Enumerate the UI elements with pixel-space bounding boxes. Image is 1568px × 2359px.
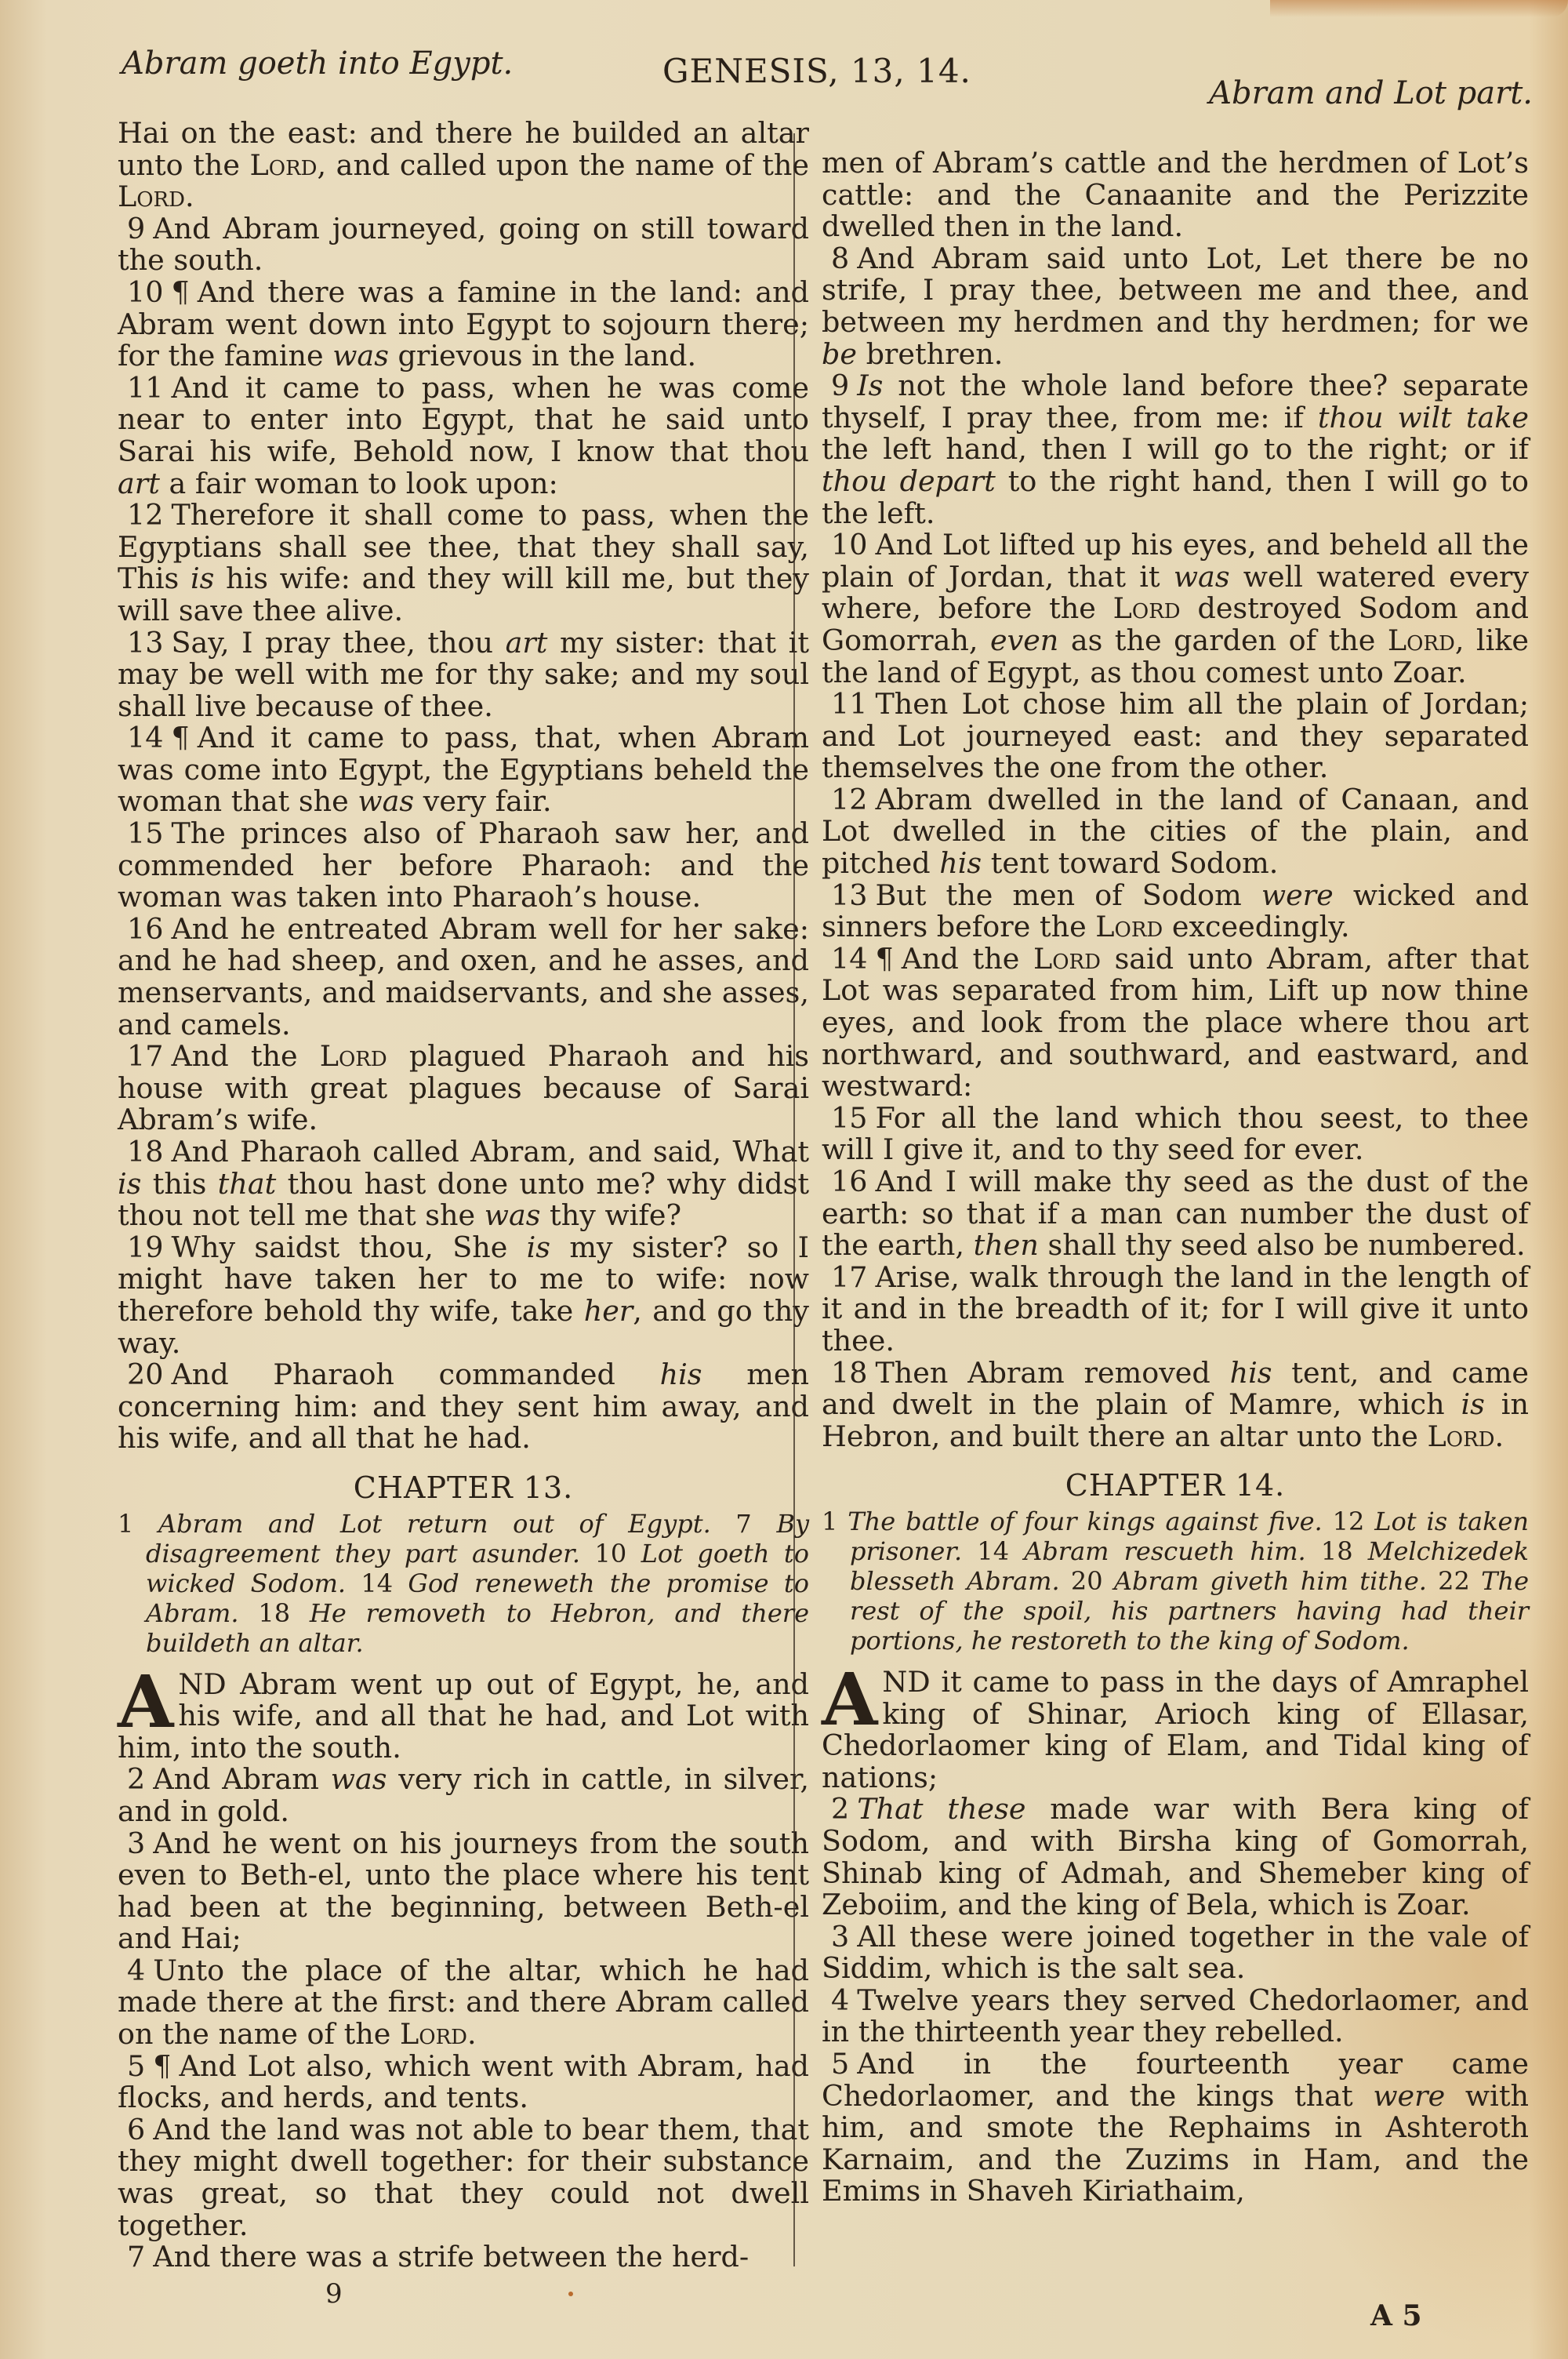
verse-number: 15 <box>127 816 163 850</box>
verse-text: the left hand, then I will go to the rig… <box>822 432 1529 466</box>
italic-supplied-word: were <box>1261 878 1334 912</box>
drop-cap: A <box>822 1670 877 1729</box>
small-caps-lord: Lord <box>1113 591 1181 625</box>
small-caps-lord: Lord <box>1033 942 1101 976</box>
italic-supplied-word: be <box>822 337 857 371</box>
verse: 15The princes also of Pharaoh saw her, a… <box>118 818 809 914</box>
small-caps-lord: Lord <box>1095 910 1163 943</box>
verse-number: 18 <box>127 1135 163 1169</box>
verse: 5And in the fourteenth year came Chedorl… <box>822 2048 1529 2208</box>
verse-text: But the men of Sodom <box>875 878 1261 912</box>
page-number: 9 <box>325 2278 343 2310</box>
verse-number: 9 <box>127 212 145 245</box>
summary-verse-ref: 18 <box>1306 1536 1368 1566</box>
verse-number: 7 <box>127 2240 145 2274</box>
running-head-left: Abram goeth into Egypt. <box>122 45 513 82</box>
verse-number: 2 <box>127 1762 145 1796</box>
column-divider <box>793 133 795 2266</box>
verse-text: grievous in the land. <box>389 339 696 373</box>
verse-text: very fair. <box>414 784 551 818</box>
verse-text: Twelve years they served Chedorlaomer, a… <box>822 1983 1529 2049</box>
italic-supplied-word: is <box>527 1230 550 1264</box>
verse-text: The princes also of Pharaoh saw her, and… <box>118 816 809 914</box>
verse-number: 14 <box>831 942 867 976</box>
verse-text: . <box>467 2017 477 2051</box>
summary-text: Abram giveth him tithe. <box>1114 1566 1427 1596</box>
italic-supplied-word: is <box>1461 1387 1485 1421</box>
verse: 13But the men of Sodom were wicked and s… <box>822 880 1529 943</box>
verse: 5¶And Lot also, which went with Abram, h… <box>118 2051 809 2114</box>
verse-number: 18 <box>831 1356 867 1390</box>
verse-text: For all the land which thou seest, to th… <box>822 1101 1529 1167</box>
chapter-opening-verse: A ND it came to pass in the days of Amra… <box>822 1667 1529 1794</box>
pilcrow-icon: ¶ <box>153 2049 171 2083</box>
verse-text: Say, I pray thee, thou <box>171 626 505 660</box>
verse-number: 8 <box>831 242 849 275</box>
verse-text: exceedingly. <box>1163 910 1349 943</box>
verse-text: as the garden of the <box>1058 623 1388 657</box>
verse: 4Twelve years they served Chedorlaomer, … <box>822 1985 1529 2048</box>
italic-supplied-word: was <box>1174 560 1230 594</box>
verse-number: 3 <box>831 1920 849 1954</box>
verse-text: And the <box>171 1039 319 1073</box>
verse-text: this <box>141 1167 217 1201</box>
summary-verse-ref: 12 <box>1323 1507 1375 1536</box>
italic-supplied-word: was <box>485 1198 541 1232</box>
chapter-13-verses: 2And Abram was very rich in cattle, in s… <box>118 1764 809 2274</box>
verse-text: Then Abram removed <box>875 1356 1229 1390</box>
verse: 17And the Lord plagued Pharaoh and his h… <box>118 1041 809 1136</box>
small-caps-lord: Lord <box>1388 623 1455 657</box>
verse-number: 10 <box>127 275 163 309</box>
verse-number: 2 <box>831 1792 849 1826</box>
verse-text: . <box>1495 1419 1504 1453</box>
verse-text: , and called upon the name of the <box>318 148 809 182</box>
verse-number: 4 <box>127 1954 145 1987</box>
summary-verse-ref: 10 <box>580 1539 641 1568</box>
verse-number: 9 <box>831 369 849 402</box>
signature-mark: A 5 <box>1370 2299 1422 2332</box>
italic-supplied-word: were <box>1373 2079 1445 2113</box>
verse-text: men of Abram’s cattle and the herdmen of… <box>822 146 1529 243</box>
chapter-13-verses: 8And Abram said unto Lot, Let there be n… <box>822 243 1529 1453</box>
verse-text: And Pharaoh commanded <box>171 1358 659 1391</box>
verse-number: 16 <box>831 1165 867 1198</box>
verse-text: . <box>185 180 194 213</box>
verse-number: 13 <box>127 626 163 660</box>
italic-supplied-word: is <box>118 1167 141 1201</box>
verse-number: 12 <box>831 783 867 816</box>
verse: 11And it came to pass, when he was come … <box>118 373 809 500</box>
left-column: Hai on the east: and there he builded an… <box>118 118 809 2274</box>
verse: 14¶And it came to pass, that, when Abram… <box>118 722 809 818</box>
verse-number: 15 <box>831 1101 867 1135</box>
continuation-text: men of Abram’s cattle and the herdmen of… <box>822 147 1529 243</box>
verse-text: Why saidst thou, She <box>171 1230 526 1264</box>
verse: 13Say, I pray thee, thou art my sister: … <box>118 627 809 723</box>
small-caps-lord: Lord <box>1428 1419 1495 1453</box>
verse-text: And there was a strife between the herd- <box>153 2240 749 2274</box>
ink-spot <box>568 2292 573 2296</box>
italic-supplied-word: is <box>191 562 214 595</box>
verse-text: Arise, walk through the land in the leng… <box>822 1260 1529 1358</box>
verse-number: 10 <box>831 528 867 562</box>
small-caps-lord: Lord <box>400 2017 467 2051</box>
verse: 3All these were joined together in the v… <box>822 1921 1529 1985</box>
running-head-book-chapters: GENESIS, 13, 14. <box>662 52 971 90</box>
verse-number: 6 <box>127 2113 145 2146</box>
chapter-14-verses: 2That these made war with Bera king of S… <box>822 1794 1529 2208</box>
running-head-right: Abram and Lot part. <box>1209 75 1533 111</box>
italic-supplied-word: art <box>506 626 548 660</box>
verse: 20And Pharaoh commanded his men concerni… <box>118 1359 809 1455</box>
verse-text: ND it came to pass in the days of Amraph… <box>822 1665 1529 1794</box>
verse-text: And he went on his journeys from the sou… <box>118 1826 809 1956</box>
chapter-summary: 1 Abram and Lot return out of Egypt. 7 B… <box>118 1509 809 1658</box>
verse: 14¶And the Lord said unto Abram, after t… <box>822 943 1529 1103</box>
verse-text: Then Lot chose him all the plain of Jord… <box>822 687 1529 784</box>
italic-supplied-word: was <box>358 784 414 818</box>
verse: 18And Pharaoh called Abram, and said, Wh… <box>118 1136 809 1232</box>
verse: 8And Abram said unto Lot, Let there be n… <box>822 243 1529 370</box>
verse: 12Therefore it shall come to pass, when … <box>118 500 809 627</box>
italic-supplied-word: his <box>1230 1356 1272 1390</box>
chapter-opening-verse: A ND Abram went up out of Egypt, he, and… <box>118 1669 809 1765</box>
verse-text: And Lot also, which went with Abram, had… <box>118 2049 809 2115</box>
italic-supplied-word: then <box>974 1228 1039 1262</box>
verse-number: 3 <box>127 1826 145 1860</box>
summary-verse-ref: 1 <box>118 1509 158 1539</box>
verse-text: And Abram said unto Lot, Let there be no… <box>822 242 1529 339</box>
right-column: men of Abram’s cattle and the herdmen of… <box>822 147 1529 2208</box>
italic-supplied-word: Is <box>857 369 883 402</box>
opening-text: ND Abram went up out of Egypt, he, and h… <box>118 1667 809 1765</box>
italic-supplied-word: even <box>990 623 1058 657</box>
verse-number: 12 <box>127 498 163 532</box>
verse-number: 4 <box>831 1983 849 2017</box>
verse-number: 17 <box>127 1039 163 1073</box>
verse: 10¶And there was a famine in the land: a… <box>118 277 809 373</box>
italic-supplied-word: that <box>218 1167 277 1201</box>
verse: 16And he entreated Abram well for her sa… <box>118 914 809 1041</box>
verse-text: And the <box>902 942 1033 976</box>
italic-supplied-word: was <box>331 1762 387 1796</box>
verse: 2And Abram was very rich in cattle, in s… <box>118 1764 809 1827</box>
verse: 6And the land was not able to bear them,… <box>118 2114 809 2241</box>
verse: 4Unto the place of the altar, which he h… <box>118 1955 809 2051</box>
verse-number: 16 <box>127 912 163 946</box>
verse-number: 13 <box>831 878 867 912</box>
page-edge-stain <box>1270 0 1568 17</box>
small-caps-lord: Lord <box>320 1039 387 1073</box>
verse-text: thy wife? <box>540 1198 681 1232</box>
chapter-summary: 1 The battle of four kings against five.… <box>822 1507 1529 1656</box>
italic-supplied-word: That these <box>857 1792 1025 1826</box>
verse: 12Abram dwelled in the land of Canaan, a… <box>822 784 1529 880</box>
verse-text: And it came to pass, when he was come ne… <box>118 371 809 468</box>
verse: 2That these made war with Bera king of S… <box>822 1794 1529 1921</box>
pilcrow-icon: ¶ <box>171 275 189 309</box>
running-head: Abram goeth into Egypt. GENESIS, 13, 14.… <box>122 45 1533 108</box>
summary-verse-ref: 7 <box>711 1509 777 1539</box>
verse-text: And Abram journeyed, going on still towa… <box>118 212 809 278</box>
opening-text: ND it came to pass in the days of Amraph… <box>822 1665 1529 1794</box>
bible-page: Abram goeth into Egypt. GENESIS, 13, 14.… <box>0 0 1568 2359</box>
verse-text: And he entreated Abram well for her sake… <box>118 912 809 1041</box>
summary-verse-ref: 1 <box>822 1507 848 1536</box>
verse-text: And the land was not able to bear them, … <box>118 2113 809 2242</box>
small-caps-lord: Lord <box>250 148 318 182</box>
verse-text: his wife: and they will kill me, but the… <box>118 562 809 627</box>
verse-text: And Pharaoh called Abram, and said, What <box>171 1135 809 1169</box>
pilcrow-icon: ¶ <box>875 942 893 976</box>
verse: 10And Lot lifted up his eyes, and beheld… <box>822 529 1529 689</box>
summary-text: The battle of four kings against five. <box>848 1507 1322 1536</box>
verse-number: 5 <box>831 2047 849 2081</box>
summary-text: Abram and Lot return out of Egypt. <box>158 1509 711 1539</box>
verse: 9Is not the whole land before thee? sepa… <box>822 370 1529 529</box>
chapter-12-verses: 9And Abram journeyed, going on still tow… <box>118 213 809 1455</box>
verse: 18Then Abram removed his tent, and came … <box>822 1358 1529 1453</box>
drop-cap: A <box>118 1672 173 1732</box>
summary-verse-ref: 22 <box>1427 1566 1481 1596</box>
italic-supplied-word: thou wilt take <box>1318 401 1529 434</box>
verse-number: 17 <box>831 1260 867 1294</box>
verse-number: 11 <box>127 371 163 405</box>
summary-text: Abram rescueth him. <box>1024 1536 1306 1566</box>
italic-supplied-word: his <box>660 1358 702 1391</box>
verse-text: And Abram <box>153 1762 330 1796</box>
italic-supplied-word: her <box>584 1294 633 1328</box>
verse: 17Arise, walk through the land in the le… <box>822 1262 1529 1358</box>
italic-supplied-word: art <box>118 467 160 500</box>
summary-verse-ref: 14 <box>346 1568 408 1598</box>
verse-number: 11 <box>831 687 867 721</box>
verse-number: 14 <box>127 721 163 754</box>
verse: 3And he went on his journeys from the so… <box>118 1828 809 1955</box>
verse: 7And there was a strife between the herd… <box>118 2241 809 2274</box>
summary-verse-ref: 14 <box>962 1536 1024 1566</box>
chapter-heading: CHAPTER 14. <box>822 1470 1529 1502</box>
summary-verse-ref: 20 <box>1060 1566 1114 1596</box>
verse-text: a fair woman to look upon: <box>160 467 558 500</box>
small-caps-lord: Lord <box>118 180 185 213</box>
verse-text: brethren. <box>857 337 1003 371</box>
verse: 9And Abram journeyed, going on still tow… <box>118 213 809 277</box>
verse: 16And I will make thy seed as the dust o… <box>822 1166 1529 1262</box>
verse-text: ND Abram went up out of Egypt, he, and h… <box>118 1667 809 1765</box>
italic-supplied-word: was <box>332 339 389 373</box>
summary-verse-ref: 18 <box>238 1598 309 1628</box>
continuation-text: Hai on the east: and there he builded an… <box>118 118 809 213</box>
verse-text: shall thy seed also be numbered. <box>1039 1228 1526 1262</box>
verse: 19Why saidst thou, She is my sister? so … <box>118 1232 809 1359</box>
verse-number: 5 <box>127 2049 145 2083</box>
verse-number: 20 <box>127 1358 163 1391</box>
pilcrow-icon: ¶ <box>171 721 189 754</box>
chapter-heading: CHAPTER 13. <box>118 1472 809 1504</box>
verse-number: 19 <box>127 1230 163 1264</box>
verse-text: tent toward Sodom. <box>982 846 1278 880</box>
italic-supplied-word: his <box>939 846 982 880</box>
verse: 15For all the land which thou seest, to … <box>822 1103 1529 1166</box>
verse-text: All these were joined together in the va… <box>822 1920 1529 1986</box>
italic-supplied-word: thou depart <box>822 464 996 498</box>
verse: 11Then Lot chose him all the plain of Jo… <box>822 689 1529 784</box>
